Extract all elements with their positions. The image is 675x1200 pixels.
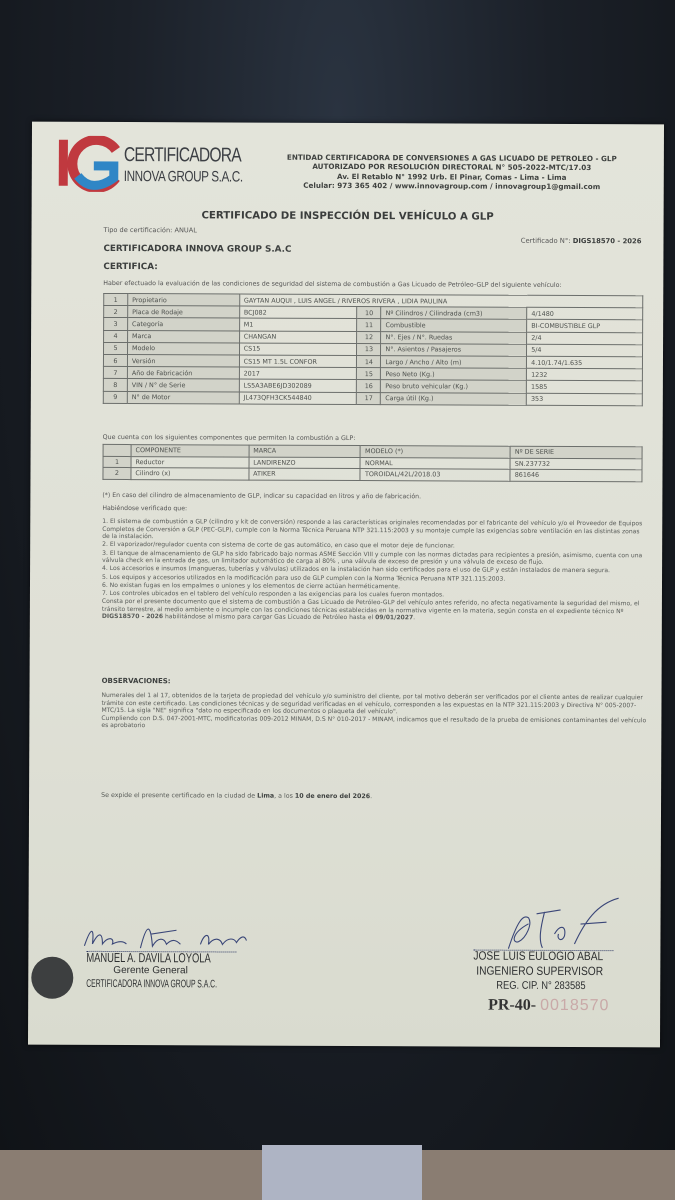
row-number: 6 <box>103 354 127 366</box>
certificate-number-value: DIGS18570 - 2026 <box>573 237 642 245</box>
certificate-document: CERTIFICADORA INNOVA GROUP S.A.C. ENTIDA… <box>28 122 664 1048</box>
field-label: Categoría <box>128 318 240 331</box>
verification-heading: Habiéndose verificado que: <box>102 505 187 512</box>
row-number: 1 <box>103 456 131 468</box>
row-number: 4 <box>104 330 128 342</box>
issue-date: 10 de enero del 2026 <box>295 793 370 800</box>
row-number: 9 <box>103 391 127 403</box>
row-number: 17 <box>357 392 381 404</box>
conclusion-text: . <box>413 615 415 622</box>
row-number: 16 <box>357 380 381 392</box>
form-serial-number: 0018570 <box>540 997 609 1014</box>
row-number: 3 <box>104 318 128 330</box>
handwritten-signature-icon <box>80 922 250 953</box>
field-label: VIN / N° de Serie <box>127 379 239 392</box>
certifica-heading: CERTIFICA: <box>103 262 157 272</box>
issue-statement: Se expide el presente certificado en la … <box>101 792 372 800</box>
components-intro: Que cuenta con los siguientes componente… <box>103 434 356 442</box>
field-value: 2017 <box>239 367 357 380</box>
field-value: LS5A3ABE6JD302089 <box>239 379 357 392</box>
logo-line2: INNOVA GROUP S.A.C. <box>124 168 243 186</box>
supervisor-name: JOSE LUIS EULOGIO ABAL <box>473 949 603 964</box>
cell: TOROIDAL/42L/2018.03 <box>360 469 510 481</box>
conclusion-text: habilitándose al mismo para cargar Gas L… <box>163 613 375 621</box>
row-number: 11 <box>357 319 381 331</box>
row-number: 2 <box>103 467 131 479</box>
cell: 861646 <box>510 469 642 481</box>
cell: Cilindro (x) <box>131 468 249 480</box>
manager-name: MANUEL A. DAVILA LOYOLA <box>86 950 210 966</box>
field-label: Propietario <box>128 294 240 307</box>
row-number: 14 <box>357 355 381 367</box>
field-value: CS15 <box>239 343 357 356</box>
verification-list: 1. El sistema de combustión a GLP (cilin… <box>102 518 647 624</box>
verification-item: 1. El sistema de combustión a GLP (cilin… <box>102 518 647 543</box>
field-label: Largo / Ancho / Alto (m) <box>381 356 527 369</box>
manager-signature-block: MANUEL A. DAVILA LOYOLA Gerente General … <box>79 922 279 923</box>
certification-type: Tipo de certificación: ANUAL <box>104 226 197 234</box>
evaluation-intro: Haber efectuado la evaluación de las con… <box>103 280 561 289</box>
field-label: N°. Asientos / Pasajeros <box>381 343 527 356</box>
field-label: Nº Cilindros / Cilindrada (cm3) <box>381 307 527 320</box>
file-number: DIGS18570 - 2026 <box>102 613 163 620</box>
field-label: Peso bruto vehicular (Kg.) <box>381 380 527 393</box>
document-title: CERTIFICADO DE INSPECCIÓN DEL VEHÍCULO A… <box>32 210 664 224</box>
field-value: BI-COMBUSTIBLE GLP <box>527 320 643 333</box>
column-header: COMPONENTE <box>131 445 249 457</box>
row-number: 15 <box>357 368 381 380</box>
supervisor-role: INGENIERO SUPERVISOR <box>476 964 603 979</box>
observations-text: Numerales del 1 al 17, obtenidos de la t… <box>101 692 646 732</box>
observation-paragraph: Cumpliendo con D.S. 047-2001-MTC, modifi… <box>101 715 646 733</box>
manager-role: Gerente General <box>113 965 188 976</box>
entity-info: ENTIDAD CERTIFICADORA DE CONVERSIONES A … <box>257 153 647 192</box>
field-label: N°. Ejes / N°. Ruedas <box>381 331 527 344</box>
manager-org: CERTIFICADORA INNOVA GROUP S.A.C. <box>86 978 217 991</box>
form-code: PR-40- 0018570 <box>488 997 609 1016</box>
company-name: CERTIFICADORA INNOVA GROUP S.A.C <box>103 244 291 255</box>
field-value: 1585 <box>527 381 643 394</box>
field-value: CHANGAN <box>239 331 357 344</box>
cell: NORMAL <box>360 457 510 469</box>
company-logo: CERTIFICADORA INNOVA GROUP S.A.C. <box>56 136 231 193</box>
row-number: 1 <box>104 293 128 305</box>
field-value: 1232 <box>527 368 643 381</box>
cell: Reductor <box>131 456 249 468</box>
issue-text: , a los <box>274 793 295 800</box>
row-number: 5 <box>104 342 128 354</box>
row-number: 2 <box>104 306 128 318</box>
field-label: Placa de Rodaje <box>128 306 240 319</box>
issue-text: . <box>370 793 372 800</box>
cell: ATIKER <box>249 468 361 480</box>
field-value: 4/1480 <box>527 307 643 320</box>
issue-text: Se expide el presente certificado en la … <box>101 792 257 800</box>
observation-paragraph: Numerales del 1 al 17, obtenidos de la t… <box>101 692 646 717</box>
row-number: 13 <box>357 343 381 355</box>
field-value: JL473QFH3CK544840 <box>239 392 357 405</box>
issue-city: Lima <box>257 793 274 800</box>
field-value: M1 <box>239 318 357 331</box>
logo-line1: CERTIFICADORA <box>124 144 241 168</box>
cylinder-note: (*) En caso del cilindro de almacenamien… <box>102 492 421 500</box>
field-value: 2/4 <box>527 332 643 345</box>
field-label: N° de Motor <box>127 391 239 404</box>
field-label: Combustible <box>381 319 527 332</box>
observations-title: OBSERVACIONES: <box>102 677 171 685</box>
field-value: 353 <box>526 393 642 406</box>
cell: SN.237732 <box>510 458 642 470</box>
entity-contact-line: Celular: 973 365 402 / www.innovagroup.c… <box>257 181 647 192</box>
field-label: Modelo <box>127 342 239 355</box>
cell: LANDIRENZO <box>249 457 361 469</box>
cloth-background <box>262 1145 422 1200</box>
valid-until-date: 09/01/2027 <box>375 614 413 621</box>
certificate-number: Certificado N°: DIGS18570 - 2026 <box>521 237 642 246</box>
supervisor-registration: REG. CIP. N° 283585 <box>496 980 585 992</box>
field-label: Carga útil (Kg.) <box>381 392 527 405</box>
supervisor-signature-block: JOSE LUIS EULOGIO ABAL INGENIERO SUPERVI… <box>469 894 649 895</box>
column-header: MODELO (*) <box>361 446 511 458</box>
row-number: 8 <box>103 379 127 391</box>
field-label: Marca <box>127 330 239 343</box>
field-label: Peso Neto (Kg.) <box>381 368 527 381</box>
components-table: COMPONENTEMARCAMODELO (*)Nº DE SERIE1Red… <box>102 444 642 482</box>
field-value: 4.10/1.74/1.635 <box>527 356 643 369</box>
dark-circle-mark <box>31 957 73 999</box>
field-label: Año de Fabricación <box>127 367 239 380</box>
ig-logo-icon <box>56 136 122 192</box>
field-value: 5/4 <box>527 344 643 357</box>
field-label: Versión <box>127 354 239 367</box>
column-header: MARCA <box>249 445 361 457</box>
field-value: BCJ082 <box>239 306 357 319</box>
certificate-number-label: Certificado N°: <box>521 237 573 245</box>
vehicle-data-table: 1 Propietario GAYTAN AUQUI , LUIS ANGEL … <box>103 293 643 406</box>
row-number: 10 <box>357 307 381 319</box>
field-value: CS15 MT 1.5L CONFOR <box>239 355 357 368</box>
conclusion-paragraph: Consta por el presente documento que el … <box>102 598 647 623</box>
column-header <box>103 444 131 456</box>
handwritten-signature-icon <box>488 894 638 955</box>
table-row: 2Cilindro (x)ATIKERTOROIDAL/42L/2018.038… <box>103 467 642 481</box>
row-number: 12 <box>357 331 381 343</box>
row-number: 7 <box>103 367 127 379</box>
column-header: Nº DE SERIE <box>510 446 642 458</box>
form-code-prefix: PR-40- <box>488 997 536 1014</box>
table-row: 9N° de MotorJL473QFH3CK54484017Carga úti… <box>103 391 642 406</box>
